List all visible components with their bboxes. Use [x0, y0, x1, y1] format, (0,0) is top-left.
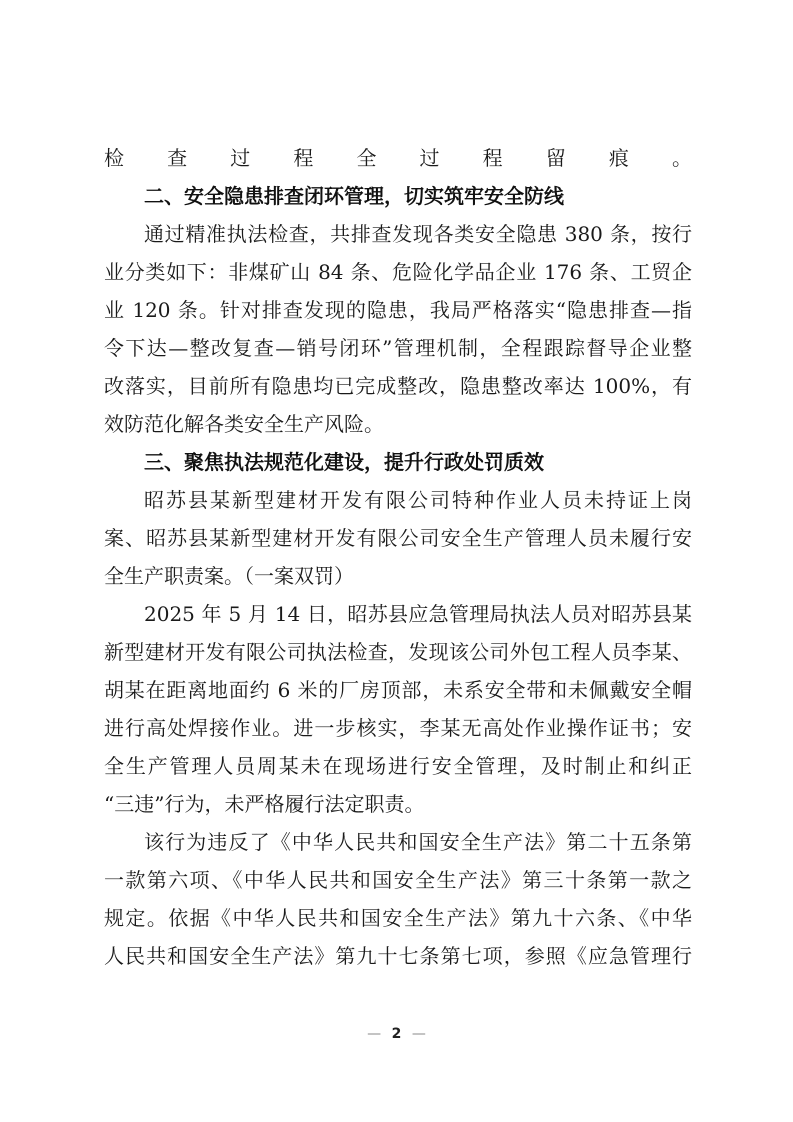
body-line: 全生产职责案。（一案双罚）	[104, 557, 692, 595]
body-line: 人民共和国安全生产法》第九十七条第七项，参照《应急管理行	[104, 937, 692, 975]
body-line: 全生产管理人员周某未在现场进行安全管理，及时制止和纠正	[104, 747, 692, 785]
page-number: 2	[392, 1026, 402, 1042]
body-line: 业 120 条。针对排查发现的隐患，我局严格落实“隐患排查—指	[104, 291, 692, 329]
section-heading-2: 二、安全隐患排查闭环管理，切实筑牢安全防线	[144, 177, 692, 215]
body-line: 通过精准执法检查，共排查发现各类安全隐患 380 条，按行	[144, 215, 692, 253]
body-line: 2025 年 5 月 14 日，昭苏县应急管理局执法人员对昭苏县某	[144, 595, 692, 633]
body-line: 令下达—整改复查—销号闭环”管理机制，全程跟踪督导企业整	[104, 329, 692, 367]
body-line: 昭苏县某新型建材开发有限公司特种作业人员未持证上岗	[144, 481, 692, 519]
body-line: 检查过程全过程留痕。	[104, 139, 692, 177]
section-heading-3: 三、聚焦执法规范化建设，提升行政处罚质效	[144, 443, 692, 481]
document-page: 检查过程全过程留痕。 二、安全隐患排查闭环管理，切实筑牢安全防线 通过精准执法检…	[0, 0, 793, 1122]
body-line: 改落实，目前所有隐患均已完成整改，隐患整改率达 100%，有	[104, 367, 692, 405]
body-line: 案、昭苏县某新型建材开发有限公司安全生产管理人员未履行安	[104, 519, 692, 557]
body-line: 进行高处焊接作业。进一步核实，李某无高处作业操作证书；安	[104, 709, 692, 747]
footer-dash-left: —	[367, 1026, 381, 1042]
body-line: 业分类如下：非煤矿山 84 条、危险化学品企业 176 条、工贸企	[104, 253, 692, 291]
body-line: “三违”行为，未严格履行法定职责。	[104, 785, 692, 823]
footer-dash-right: —	[412, 1026, 426, 1042]
body-line: 该行为违反了《中华人民共和国安全生产法》第二十五条第	[144, 823, 692, 861]
body-line: 一款第六项、《中华人民共和国安全生产法》第三十条第一款之	[104, 861, 692, 899]
page-footer: — 2 —	[0, 1026, 793, 1042]
body-line: 规定。依据《中华人民共和国安全生产法》第九十六条、《中华	[104, 899, 692, 937]
body-line: 新型建材开发有限公司执法检查，发现该公司外包工程人员李某、	[104, 633, 692, 671]
body-line: 胡某在距离地面约 6 米的厂房顶部，未系安全带和未佩戴安全帽	[104, 671, 692, 709]
body-line: 效防范化解各类安全生产风险。	[104, 405, 692, 443]
